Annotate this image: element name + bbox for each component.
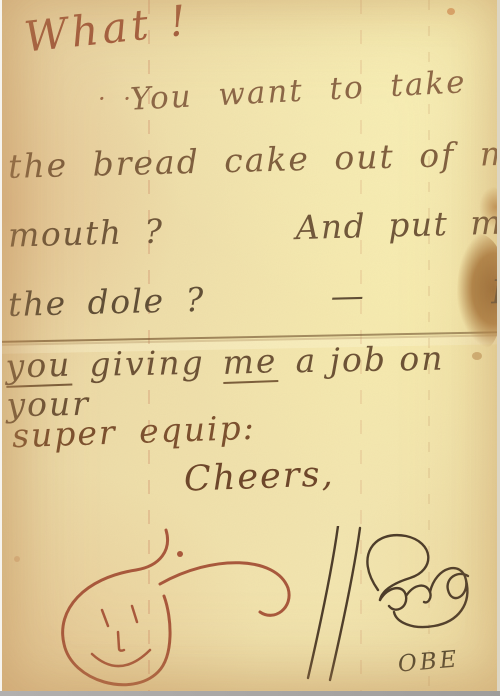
smiley-nose [118,632,124,651]
letter-closing-cheers: Cheers, [183,455,335,499]
letter-line-mouth-dole: mouth ? And put me on [8,202,500,254]
smiley-mouth [92,650,150,666]
underlined-word-me: me [222,343,278,384]
letter-line-bread-cake: the bread cake out of my [8,135,500,185]
signature-i-dot [177,551,183,557]
smiley-left-eye [102,610,108,626]
underlined-word-you: you [5,347,72,389]
letter-paper: What ! · · You want to take the bread ca… [2,0,497,691]
ink-speck [447,8,455,15]
word-giving: giving [89,343,205,384]
smiley-face-doodle [92,606,150,666]
scan-edge-bottom [0,691,500,696]
signature-s-swash [367,535,428,600]
scanned-letter: What ! · · You want to take the bread ca… [0,0,500,696]
signature-tall-stroke-1 [308,526,338,678]
letter-line-super-equip: super equip: [11,410,256,455]
letter-line-you-want: You want to take [129,65,467,117]
signature-j-loop [63,530,170,685]
smiley-right-eye [132,606,137,622]
signature-connecting-sweep [160,563,289,616]
ink-speck [14,556,20,562]
letter-line-dole-how: the dole ? — How about [8,269,500,323]
scan-edge-left [0,0,2,696]
letter-honour-obe: OBE [397,647,461,678]
letter-line-exclamation: What ! [22,0,192,61]
signature-first-name [63,530,289,685]
